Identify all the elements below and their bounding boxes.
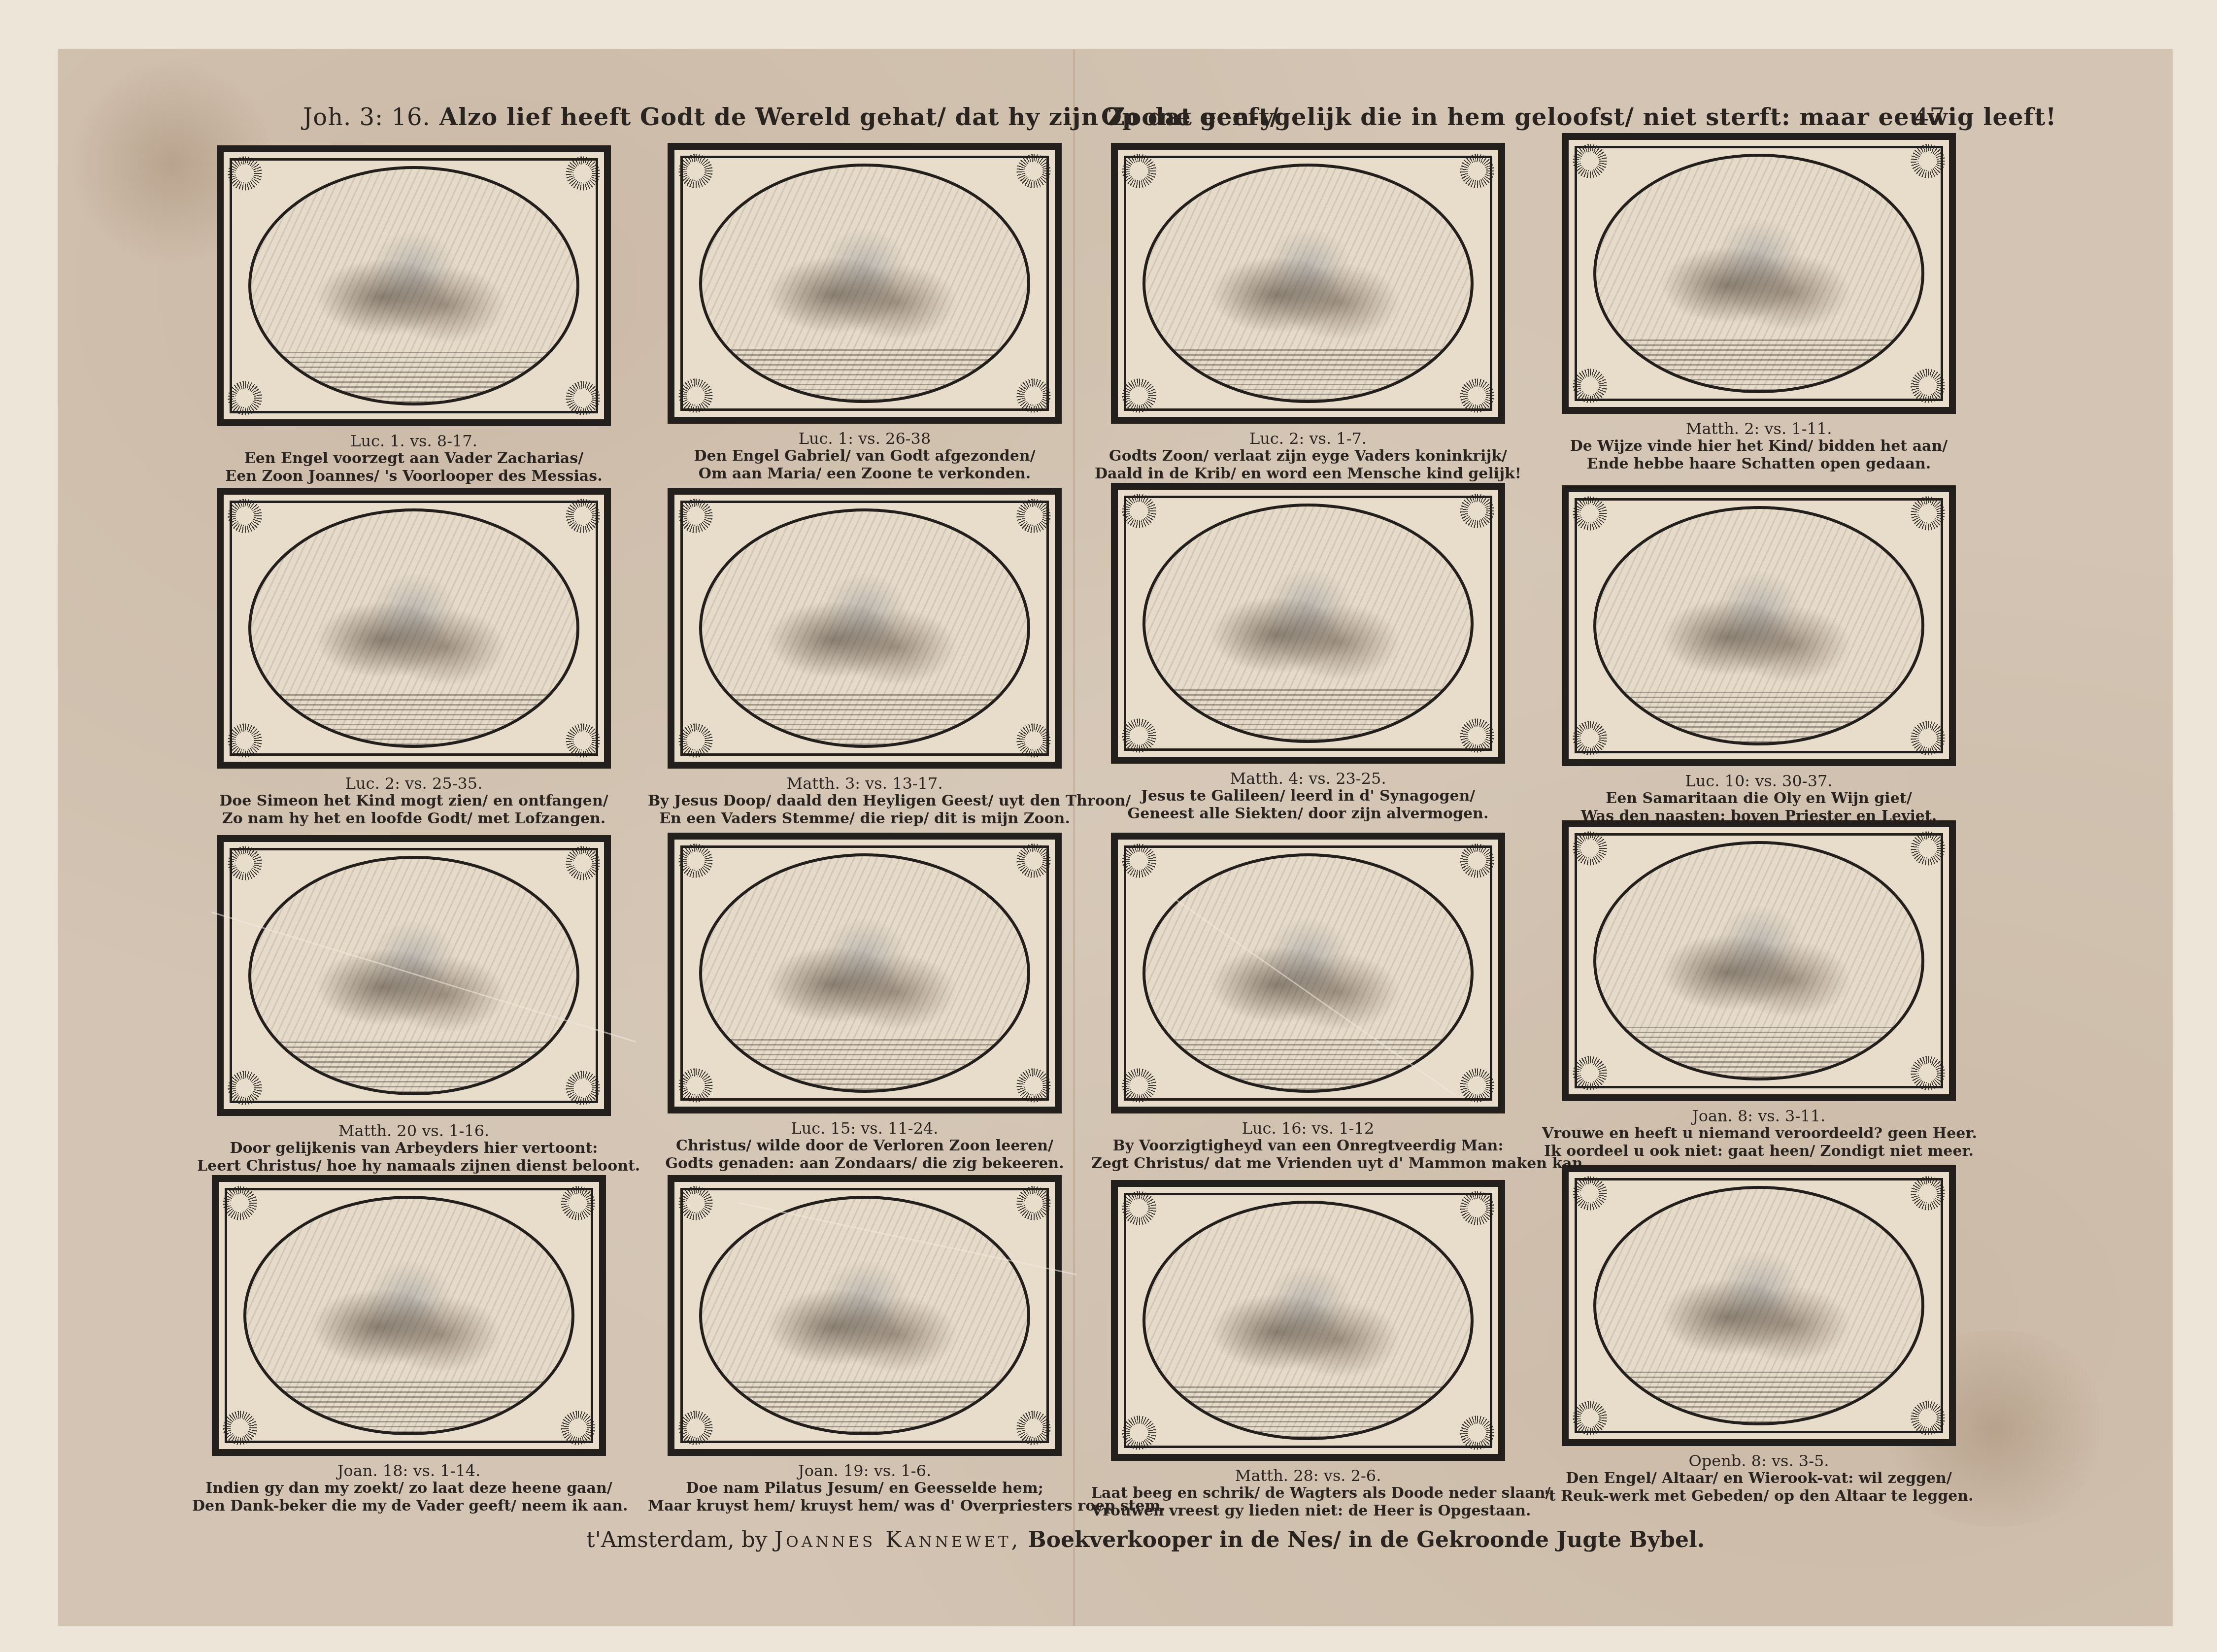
biblical-scene [1204, 558, 1412, 698]
woodcut-illustration [217, 835, 611, 1116]
sunburst-corner-icon [1460, 1191, 1494, 1225]
verse-line-1: Christus/ wilde door de Verloren Zoon le… [648, 1137, 1081, 1155]
panel-caption: Matth. 20 vs. 1-16.Door gelijkenis van A… [197, 1122, 631, 1175]
biblical-scene [761, 218, 969, 358]
biblical-scene [1655, 208, 1863, 348]
sunburst-corner-icon [228, 156, 262, 191]
panel-caption: Luc. 15: vs. 11-24.Christus/ wilde door … [648, 1119, 1081, 1173]
woodcut-illustration [1111, 833, 1505, 1113]
sunburst-corner-icon [1460, 843, 1494, 878]
center-fold [1073, 49, 1075, 1626]
oval-vignette [1593, 506, 1924, 745]
panel-caption: Matth. 28: vs. 2-6.Laat beeg en schrik/ … [1091, 1467, 1525, 1520]
header-text-part2: Op dat een-ygelijk die in hem geloofst/ … [1101, 103, 2056, 131]
scene-ground-hatching [1596, 1371, 1921, 1422]
scripture-reference: Joan. 8: vs. 3-11. [1542, 1107, 1976, 1125]
panel-caption: Luc. 1: vs. 26-38Den Engel Gabriel/ van … [648, 430, 1081, 483]
scene-ground-hatching [702, 694, 1027, 745]
scripture-reference: Matth. 3: vs. 13-17. [648, 775, 1081, 792]
panel-caption: Openb. 8: vs. 3-5.Den Engel/ Altaar/ en … [1542, 1452, 1976, 1505]
sunburst-corner-icon [1573, 1176, 1607, 1211]
verse-line-1: Den Engel Gabriel/ van Godt afgezonden/ [648, 447, 1081, 465]
panel-caption: Luc. 2: vs. 1-7.Godts Zoon/ verlaat zijn… [1091, 430, 1525, 483]
scripture-reference: Luc. 1: vs. 26-38 [648, 430, 1081, 447]
panel-caption: Joan. 19: vs. 1-6.Doe nam Pilatus Jesum/… [648, 1462, 1081, 1515]
verse-line-1: By Voorzigtigheyd van een Onregtveerdig … [1091, 1137, 1525, 1155]
verse-line-2: Den Dank-beker die my de Vader geeft/ ne… [192, 1497, 626, 1515]
oval-vignette [243, 1196, 574, 1435]
scripture-reference: Joan. 19: vs. 1-6. [648, 1462, 1081, 1480]
verse-line-1: Godts Zoon/ verlaat zijn eyge Vaders kon… [1091, 447, 1525, 465]
sunburst-corner-icon [678, 843, 713, 878]
scripture-reference: Luc. 15: vs. 11-24. [648, 1119, 1081, 1137]
sunburst-corner-icon [1911, 496, 1945, 531]
oval-vignette [699, 508, 1030, 748]
sunburst-corner-icon [678, 1186, 713, 1220]
verse-line-1: Doe Simeon het Kind mogt zien/ en ontfan… [197, 792, 631, 810]
scene-ground-hatching [702, 1039, 1027, 1090]
woodcut-illustration [217, 145, 611, 426]
biblical-scene [1655, 895, 1863, 1035]
scene-ground-hatching [1596, 691, 1921, 742]
biblical-scene [1204, 218, 1412, 358]
oval-vignette [1142, 853, 1474, 1093]
scripture-reference: Matth. 28: vs. 2-6. [1091, 1467, 1525, 1484]
woodcut-illustration [668, 833, 1062, 1113]
verse-line-1: Jesus te Galileen/ leerd in d' Synagogen… [1091, 787, 1525, 805]
sunburst-corner-icon [566, 499, 600, 533]
sunburst-corner-icon [1016, 499, 1051, 533]
sunburst-corner-icon [678, 154, 713, 188]
verse-line-1: Indien gy dan my zoekt/ zo laat deze hee… [192, 1480, 626, 1497]
verse-line-2: Leert Christus/ hoe hy namaals zijnen di… [197, 1157, 631, 1175]
oval-vignette [1142, 164, 1474, 403]
scripture-reference: Luc. 10: vs. 30-37. [1542, 772, 1976, 790]
sunburst-corner-icon [1911, 1176, 1945, 1211]
verse-line-1: Den Engel/ Altaar/ en Wierook-vat: wil z… [1542, 1470, 1976, 1487]
woodcut-illustration [1562, 1165, 1956, 1446]
panel-caption: Luc. 16: vs. 1-12By Voorzigtigheyd van e… [1091, 1119, 1525, 1173]
verse-line-1: Een Engel voorzegt aan Vader Zacharias/ [197, 450, 631, 468]
oval-vignette [1593, 1186, 1924, 1425]
verse-line-1: Een Samaritaan die Oly en Wijn giet/ [1542, 790, 1976, 808]
scripture-reference: Luc. 2: vs. 25-35. [197, 775, 631, 792]
panel-caption: Matth. 3: vs. 13-17.By Jesus Doop/ daald… [648, 775, 1081, 828]
panel-caption: Joan. 8: vs. 3-11.Vrouwe en heeft u niem… [1542, 1107, 1976, 1160]
verse-line-2: Vrouwen vreest gy lieden niet: de Heer i… [1091, 1502, 1525, 1520]
imprint-printer: Joannes Kannewet, [774, 1527, 1021, 1552]
sunburst-corner-icon [228, 846, 262, 880]
woodcut-illustration [1111, 143, 1505, 424]
verse-line-2: Ik oordeel u ook niet: gaat heen/ Zondig… [1542, 1143, 1976, 1160]
biblical-scene [310, 910, 518, 1050]
woodcut-illustration [1562, 820, 1956, 1101]
woodcut-illustration [212, 1175, 606, 1456]
verse-line-1: Laat beeg en schrik/ de Wagters als Dood… [1091, 1484, 1525, 1502]
woodcut-illustration [1562, 133, 1956, 414]
biblical-scene [761, 1250, 969, 1390]
sunburst-corner-icon [1460, 494, 1494, 528]
panel-caption: Matth. 4: vs. 23-25.Jesus te Galileen/ l… [1091, 770, 1525, 823]
verse-line-2: Godts genaden: aan Zondaars/ die zig bek… [648, 1155, 1081, 1173]
oval-vignette [248, 856, 579, 1095]
biblical-scene [310, 563, 518, 703]
biblical-scene [761, 563, 969, 703]
scene-ground-hatching [1596, 339, 1921, 390]
woodcut-illustration [1111, 483, 1505, 764]
scene-ground-hatching [1145, 689, 1471, 740]
scene-ground-hatching [1596, 1026, 1921, 1078]
oval-vignette [699, 1196, 1030, 1435]
verse-line-2: Daald in de Krib/ en word een Mensche ki… [1091, 465, 1525, 483]
sunburst-corner-icon [1122, 494, 1156, 528]
verse-line-1: Doe nam Pilatus Jesum/ en Geesselde hem; [648, 1480, 1081, 1497]
verse-line-1: Vrouwe en heeft u niemand veroordeeld? g… [1542, 1125, 1976, 1143]
sunburst-corner-icon [566, 846, 600, 880]
panel-caption: Luc. 1. vs. 8-17.Een Engel voorzegt aan … [197, 432, 631, 485]
verse-line-1: By Jesus Doop/ daald den Heyligen Geest/… [648, 792, 1081, 810]
sunburst-corner-icon [1911, 831, 1945, 866]
woodcut-illustration [668, 1175, 1062, 1456]
scripture-reference: Matth. 4: vs. 23-25. [1091, 770, 1525, 787]
imprint: t'Amsterdam, by Joannes Kannewet, Boekve… [586, 1527, 1719, 1552]
oval-vignette [248, 166, 579, 405]
biblical-scene [1655, 1240, 1863, 1380]
imprint-address: Boekverkooper in de Nes/ in de Gekroonde… [1028, 1527, 1705, 1552]
sunburst-corner-icon [1122, 154, 1156, 188]
sunburst-corner-icon [1016, 1186, 1051, 1220]
sunburst-corner-icon [561, 1186, 595, 1220]
verse-line-2: Zegt Christus/ dat me Vrienden uyt d' Ma… [1091, 1155, 1525, 1173]
scene-ground-hatching [1145, 349, 1471, 400]
verse-line-1: De Wijze vinde hier het Kind/ bidden het… [1542, 438, 1976, 455]
panel-caption: Luc. 10: vs. 30-37.Een Samaritaan die Ol… [1542, 772, 1976, 825]
oval-vignette [1593, 154, 1924, 393]
biblical-scene [1204, 908, 1412, 1047]
scripture-reference: Matth. 2: vs. 1-11. [1542, 420, 1976, 438]
verse-line-2: 't Reuk-werk met Gebeden/ op den Altaar … [1542, 1487, 1976, 1505]
sunburst-corner-icon [228, 499, 262, 533]
scene-ground-hatching [251, 351, 576, 403]
scene-ground-hatching [251, 1041, 576, 1092]
sunburst-corner-icon [223, 1186, 257, 1220]
scene-ground-hatching [1145, 1386, 1471, 1437]
panel-caption: Joan. 18: vs. 1-14.Indien gy dan my zoek… [192, 1462, 626, 1515]
woodcut-illustration [668, 143, 1062, 424]
woodcut-illustration [1111, 1180, 1505, 1461]
verse-line-2: En een Vaders Stemme/ die riep/ dit is m… [648, 810, 1081, 828]
biblical-scene [305, 1250, 513, 1390]
woodcut-illustration [217, 488, 611, 769]
header-verse: Joh. 3: 16. Alzo lief heeft Godt de Were… [303, 103, 1988, 133]
verse-line-2: Om aan Maria/ een Zoone te verkonden. [648, 465, 1081, 483]
header-ref: Joh. 3: 16. [303, 103, 431, 131]
scene-ground-hatching [1145, 1039, 1471, 1090]
verse-line-2: Ende hebbe haare Schatten open gedaan. [1542, 455, 1976, 473]
sunburst-corner-icon [1460, 154, 1494, 188]
woodcut-illustration [1562, 485, 1956, 766]
sunburst-corner-icon [1573, 144, 1607, 178]
scripture-reference: Matth. 20 vs. 1-16. [197, 1122, 631, 1140]
sunburst-corner-icon [1911, 144, 1945, 178]
verse-line-1: Door gelijkenis van Arbeyders hier verto… [197, 1140, 631, 1157]
verse-line-2: Een Zoon Joannes/ 's Voorlooper des Mess… [197, 468, 631, 485]
sunburst-corner-icon [1573, 831, 1607, 866]
verse-line-2: Maar kruyst hem/ kruyst hem/ was d' Over… [648, 1497, 1081, 1515]
oval-vignette [248, 508, 579, 748]
scripture-reference: Joan. 18: vs. 1-14. [192, 1462, 626, 1480]
scene-ground-hatching [702, 1381, 1027, 1432]
oval-vignette [1142, 504, 1474, 743]
imprint-city: t'Amsterdam, by [586, 1527, 768, 1552]
scripture-reference: Luc. 2: vs. 1-7. [1091, 430, 1525, 447]
verse-line-2: Geneest alle Siekten/ door zijn alvermog… [1091, 805, 1525, 823]
woodcut-illustration [668, 488, 1062, 769]
oval-vignette [1593, 841, 1924, 1080]
oval-vignette [1142, 1201, 1474, 1440]
page-number: 47 [1914, 103, 1945, 131]
biblical-scene [1204, 1255, 1412, 1395]
scripture-reference: Openb. 8: vs. 3-5. [1542, 1452, 1976, 1470]
sunburst-corner-icon [1573, 496, 1607, 531]
panel-caption: Matth. 2: vs. 1-11.De Wijze vinde hier h… [1542, 420, 1976, 473]
biblical-scene [761, 908, 969, 1047]
sunburst-corner-icon [1122, 1191, 1156, 1225]
sunburst-corner-icon [1122, 843, 1156, 878]
sunburst-corner-icon [566, 156, 600, 191]
oval-vignette [699, 164, 1030, 403]
biblical-scene [310, 220, 518, 360]
scripture-reference: Luc. 1. vs. 8-17. [197, 432, 631, 450]
scene-ground-hatching [251, 694, 576, 745]
oval-vignette [699, 853, 1030, 1093]
scene-ground-hatching [702, 349, 1027, 400]
scene-ground-hatching [246, 1381, 571, 1432]
biblical-scene [1655, 560, 1863, 700]
sunburst-corner-icon [1016, 154, 1051, 188]
scripture-reference: Luc. 16: vs. 1-12 [1091, 1119, 1525, 1137]
sunburst-corner-icon [1016, 843, 1051, 878]
verse-line-2: Zo nam hy het en loofde Godt/ met Lofzan… [197, 810, 631, 828]
panel-caption: Luc. 2: vs. 25-35.Doe Simeon het Kind mo… [197, 775, 631, 828]
sunburst-corner-icon [678, 499, 713, 533]
